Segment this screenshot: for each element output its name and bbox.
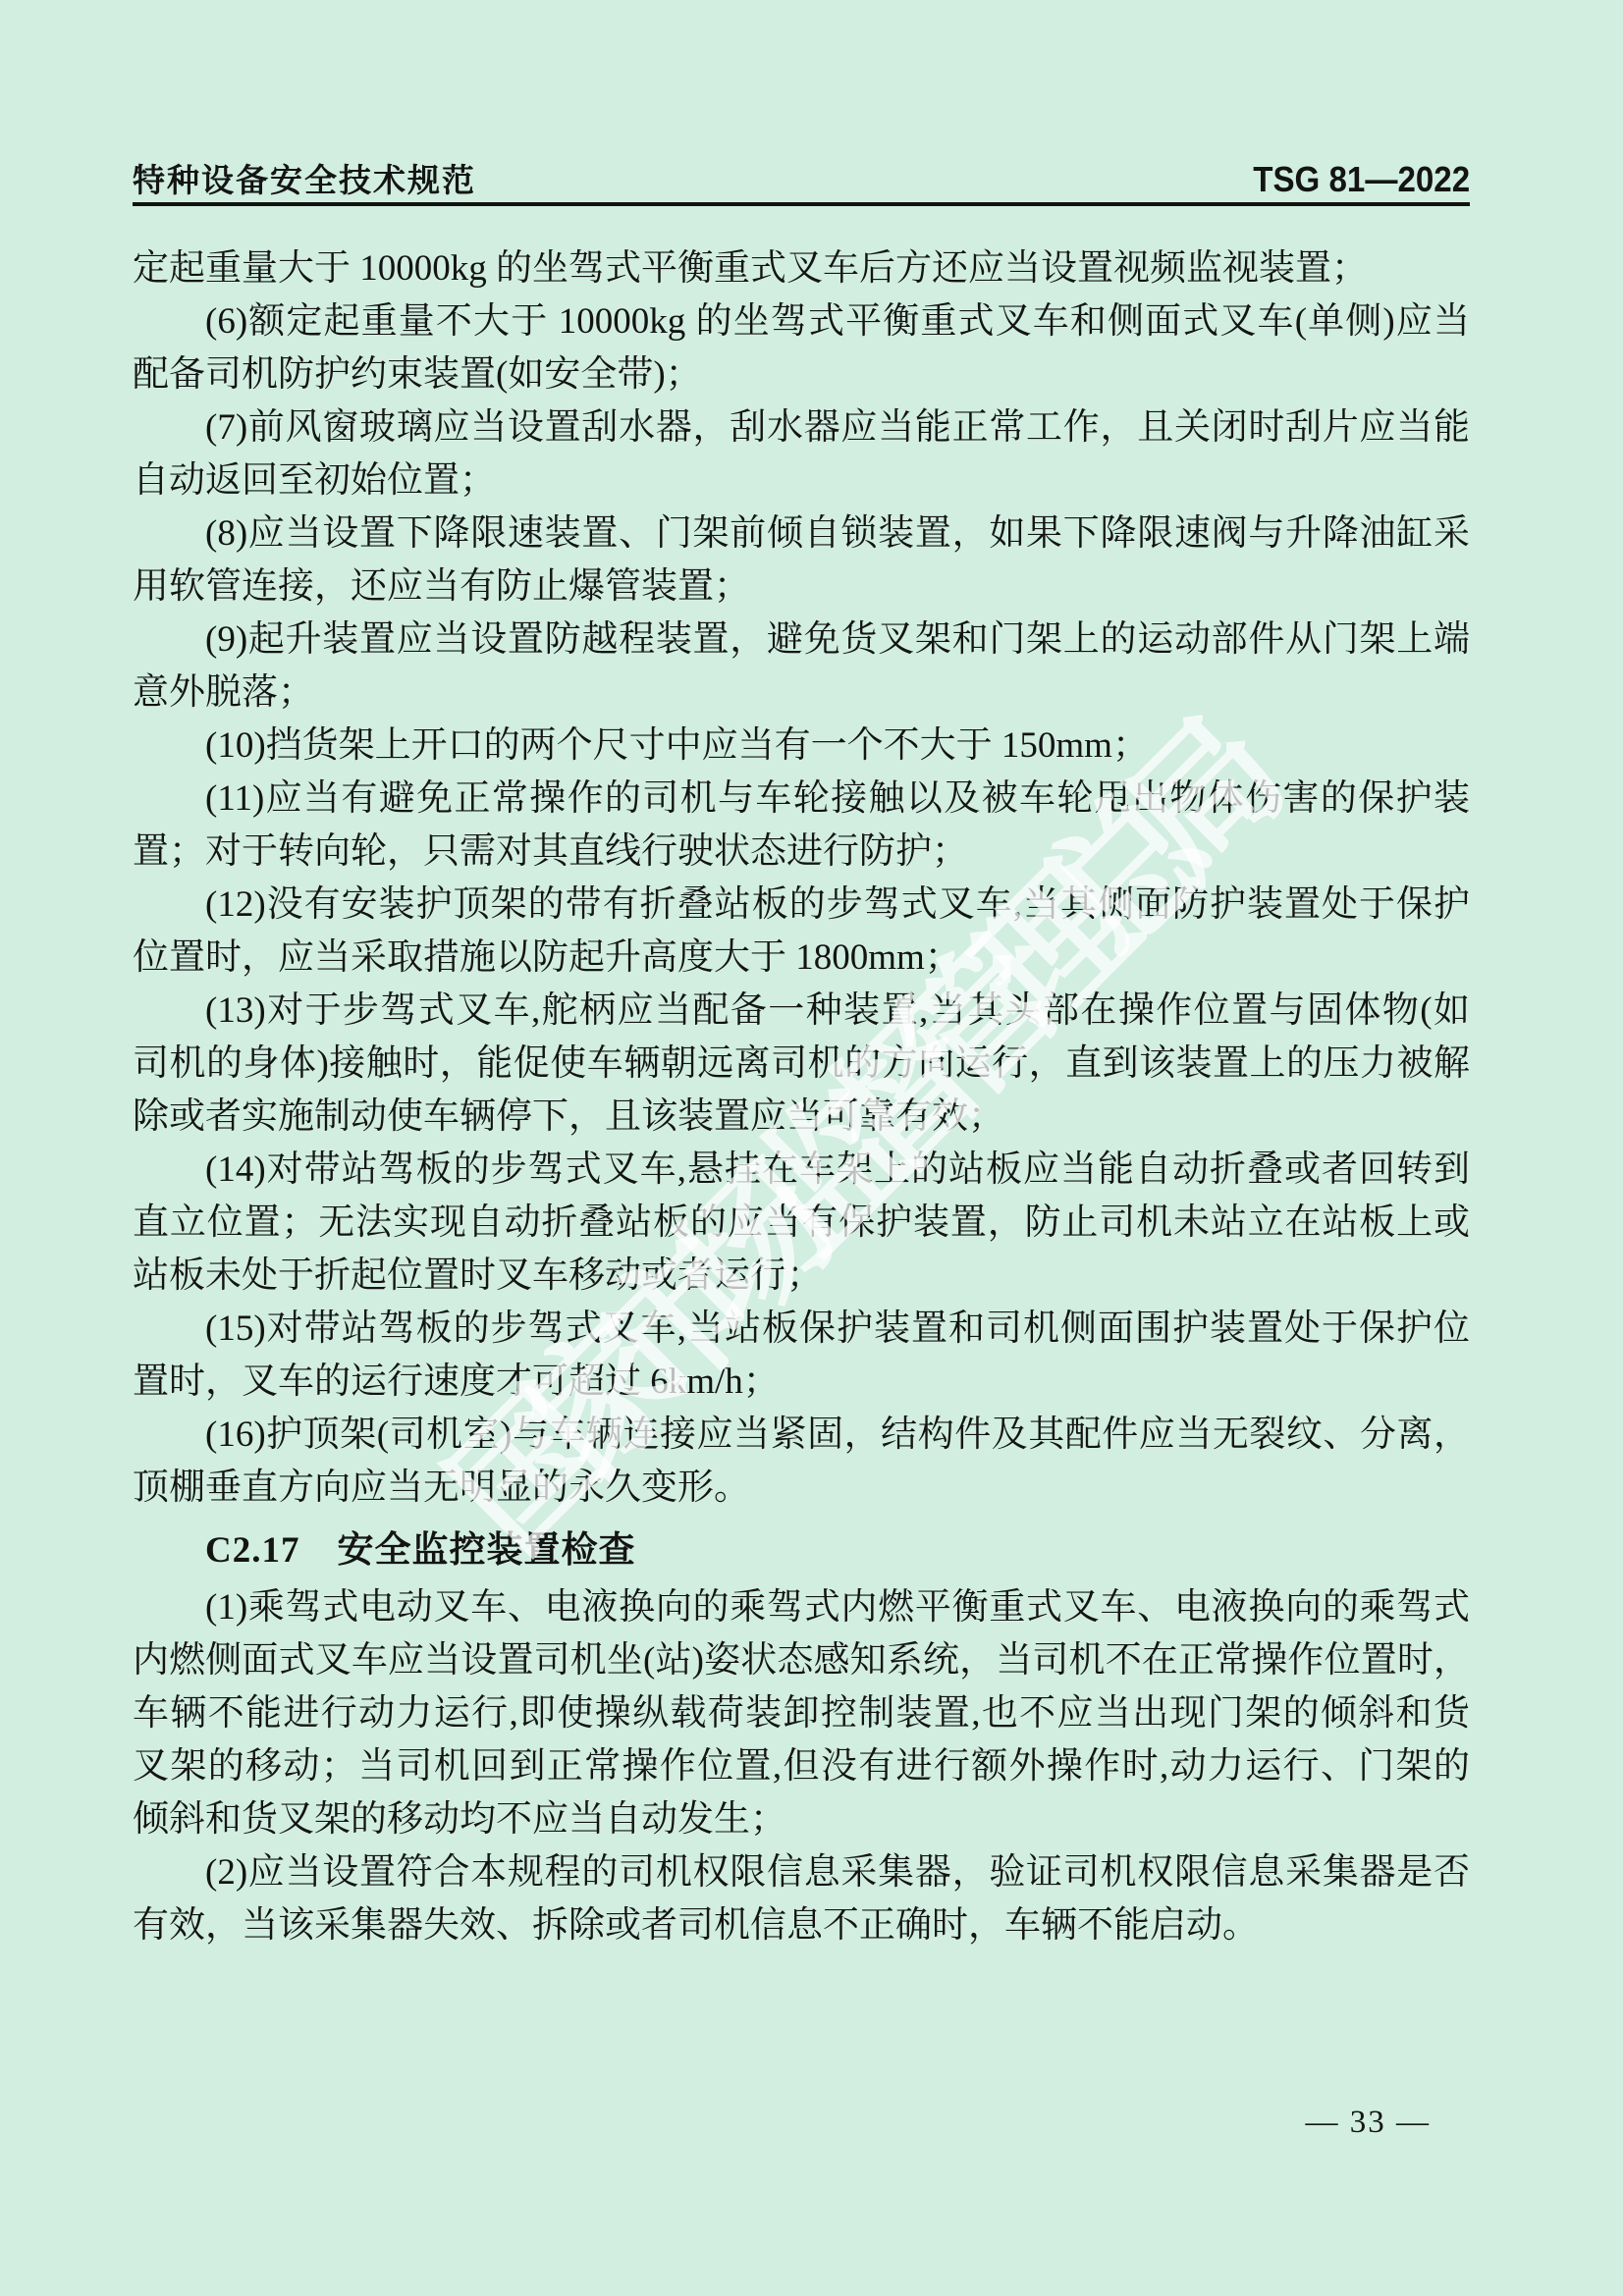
text-line: (7)前风窗玻璃应当设置刮水器，刮水器应当能正常工作，且关闭时刮片应当能 [133,401,1470,454]
text-line: 直立位置；无法实现自动折叠站板的应当有保护装置，防止司机未站立在站板上或者 [133,1197,1470,1250]
text-line: (8)应当设置下降限速装置、门架前倾自锁装置，如果下降限速阀与升降油缸采 [133,507,1470,561]
text-line: 有效，当该采集器失效、拆除或者司机信息不正确时，车辆不能启动。 [133,1899,1470,1952]
text-line: (12)没有安装护顶架的带有折叠站板的步驾式叉车,当其侧面防护装置处于保护 [133,879,1470,932]
text-line: 定起重量大于 10000kg 的坐驾式平衡重式叉车后方还应当设置视频监视装置； [133,242,1470,295]
text-line: 用软管连接，还应当有防止爆管装置； [133,561,1470,614]
text-line: (6)额定起重量不大于 10000kg 的坐驾式平衡重式叉车和侧面式叉车(单侧)… [133,295,1470,348]
header-document-code: TSG 81—2022 [1253,159,1470,200]
section-heading: C2.17 安全监控装置检查 [133,1524,1470,1577]
text-line: (14)对带站驾板的步驾式叉车,悬挂在车架上的站板应当能自动折叠或者回转到 [133,1144,1470,1197]
text-line: 除或者实施制动使车辆停下，且该装置应当可靠有效； [133,1091,1470,1144]
text-line: 配备司机防护约束装置(如安全带)； [133,348,1470,401]
text-line: 置；对于转向轮，只需对其直线行驶状态进行防护； [133,826,1470,879]
page-header: 特种设备安全技术规范 TSG 81—2022 [133,155,1470,201]
text-line: 内燃侧面式叉车应当设置司机坐(站)姿状态感知系统，当司机不在正常操作位置时， [133,1634,1470,1687]
text-line: 司机的身体)接触时，能促使车辆朝远离司机的方向运行，直到该装置上的压力被解 [133,1038,1470,1091]
header-title: 特种设备安全技术规范 [133,155,476,201]
text-line: 站板未处于折起位置时叉车移动或者运行； [133,1250,1470,1303]
text-line: (16)护顶架(司机室)与车辆连接应当紧固，结构件及其配件应当无裂纹、分离， [133,1409,1470,1462]
text-line: 置时，叉车的运行速度才可超过 6km/h； [133,1356,1470,1409]
document-body: 定起重量大于 10000kg 的坐驾式平衡重式叉车后方还应当设置视频监视装置；(… [133,242,1470,1952]
text-line: 位置时，应当采取措施以防起升高度大于 1800mm； [133,932,1470,985]
text-line: (13)对于步驾式叉车,舵柄应当配备一种装置,当其头部在操作位置与固体物(如 [133,985,1470,1038]
text-line: (10)挡货架上开口的两个尺寸中应当有一个不大于 150mm； [133,720,1470,773]
document-page: 特种设备安全技术规范 TSG 81—2022 定起重量大于 10000kg 的坐… [0,0,1623,2296]
text-line: 顶棚垂直方向应当无明显的永久变形。 [133,1462,1470,1515]
text-line: 叉架的移动；当司机回到正常操作位置,但没有进行额外操作时,动力运行、门架的 [133,1740,1470,1793]
page-number: — 33 — [1306,2105,1432,2141]
text-line: (15)对带站驾板的步驾式叉车,当站板保护装置和司机侧面围护装置处于保护位 [133,1303,1470,1356]
header-rule [133,202,1470,206]
text-line: 自动返回至初始位置； [133,454,1470,507]
text-line: 倾斜和货叉架的移动均不应当自动发生； [133,1793,1470,1846]
text-line: 意外脱落； [133,667,1470,720]
text-line: (1)乘驾式电动叉车、电液换向的乘驾式内燃平衡重式叉车、电液换向的乘驾式 [133,1581,1470,1634]
text-line: 车辆不能进行动力运行,即使操纵载荷装卸控制装置,也不应当出现门架的倾斜和货 [133,1687,1470,1740]
text-line: (9)起升装置应当设置防越程装置，避免货叉架和门架上的运动部件从门架上端 [133,614,1470,667]
text-line: (2)应当设置符合本规程的司机权限信息采集器，验证司机权限信息采集器是否 [133,1846,1470,1899]
text-line: (11)应当有避免正常操作的司机与车轮接触以及被车轮甩出物体伤害的保护装 [133,773,1470,826]
